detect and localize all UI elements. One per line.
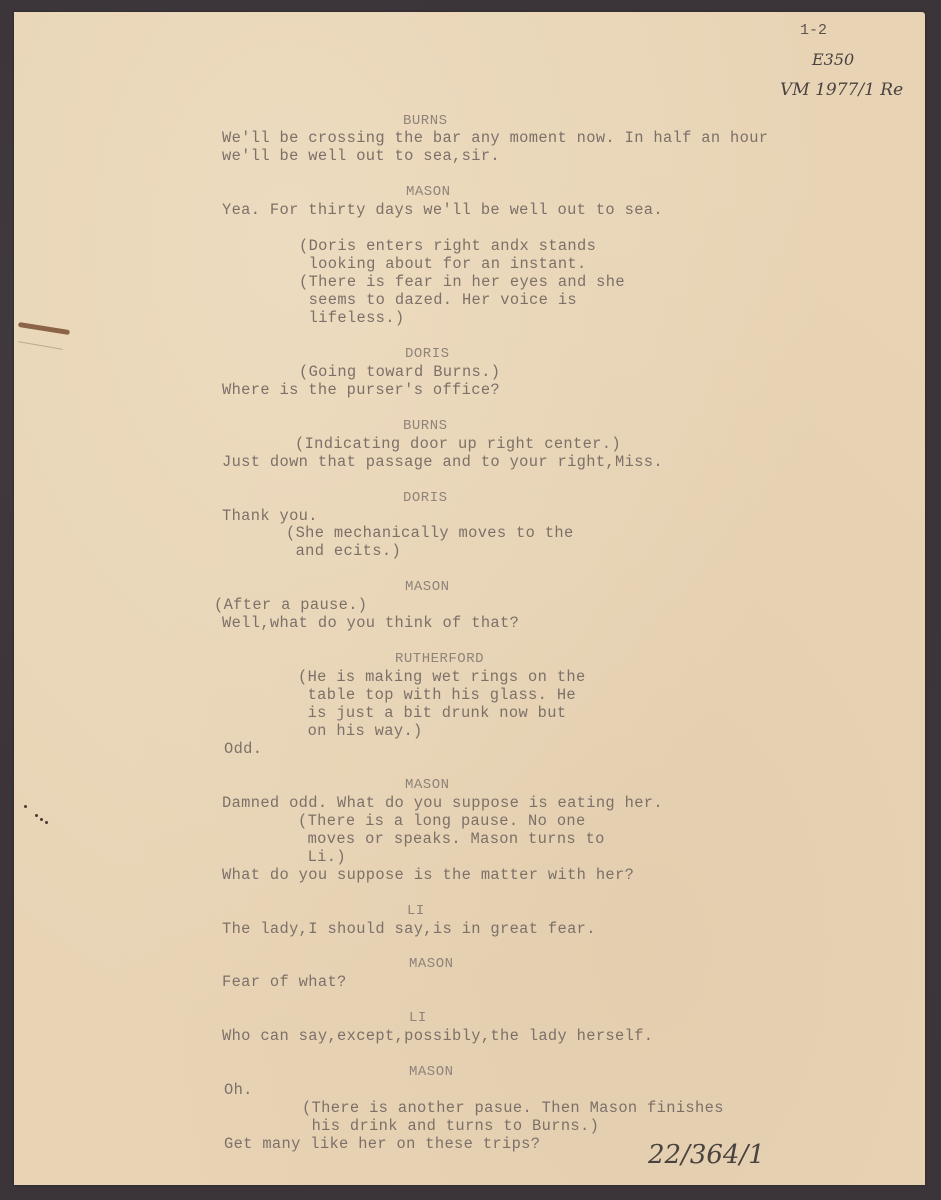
stage-direction: table top with his glass. He: [298, 686, 576, 704]
handwritten-code: E350: [812, 50, 854, 69]
character-name: LI: [407, 902, 425, 920]
dialogue-line: Yea. For thirty days we'll be well out t…: [222, 201, 663, 219]
character-name: DORIS: [403, 489, 448, 507]
page-number: 1-2: [800, 22, 827, 39]
stage-direction: (There is fear in her eyes and she: [299, 273, 625, 291]
dialogue-line: Damned odd. What do you suppose is eatin…: [222, 794, 663, 812]
dialogue-line: What do you suppose is the matter with h…: [222, 866, 634, 884]
character-name: MASON: [405, 776, 450, 794]
character-name: BURNS: [403, 417, 448, 435]
stage-direction: (She mechanically moves to the: [286, 524, 574, 542]
stage-direction: looking about for an instant.: [299, 255, 587, 273]
dialogue-line: We'll be crossing the bar any moment now…: [222, 129, 768, 147]
dialogue-line: Thank you.: [222, 507, 318, 525]
stage-direction: (Indicating door up right center.): [295, 435, 621, 453]
character-name: LI: [409, 1009, 427, 1027]
dialogue-line: Fear of what?: [222, 973, 347, 991]
typescript-page: [14, 12, 925, 1185]
stage-direction: and ecits.): [286, 542, 401, 560]
stage-direction: (He is making wet rings on the: [298, 668, 586, 686]
stage-direction: (After a pause.): [214, 596, 367, 614]
dialogue-line: Where is the purser's office?: [222, 381, 500, 399]
stage-direction: seems to dazed. Her voice is: [299, 291, 577, 309]
handwritten-archive-number: 22/364/1: [648, 1140, 765, 1170]
stage-direction: (There is a long pause. No one: [298, 812, 586, 830]
stage-direction: on his way.): [298, 722, 423, 740]
dialogue-line: Just down that passage and to your right…: [222, 453, 663, 471]
dialogue-line: we'll be well out to sea,sir.: [222, 147, 500, 165]
dialogue-line: Odd.: [224, 740, 262, 758]
character-name: MASON: [409, 1063, 454, 1081]
character-name: BURNS: [403, 112, 448, 130]
stage-direction: his drink and turns to Burns.): [302, 1117, 599, 1135]
stage-direction: (Going toward Burns.): [299, 363, 500, 381]
character-name: DORIS: [405, 345, 450, 363]
stage-direction: Li.): [298, 848, 346, 866]
character-name: MASON: [406, 183, 451, 201]
stage-direction: is just a bit drunk now but: [298, 704, 566, 722]
stage-direction: (There is another pasue. Then Mason fini…: [302, 1099, 724, 1117]
paper-specks: [24, 805, 54, 835]
dialogue-line: Well,what do you think of that?: [222, 614, 519, 632]
character-name: MASON: [409, 955, 454, 973]
dialogue-line: Oh.: [224, 1081, 253, 1099]
stage-direction: lifeless.): [299, 309, 404, 327]
character-name: MASON: [405, 578, 450, 596]
dialogue-line: Get many like her on these trips?: [224, 1135, 540, 1153]
handwritten-reference: VM 1977/1 Re: [780, 80, 903, 100]
dialogue-line: Who can say,except,possibly,the lady her…: [222, 1027, 653, 1045]
stage-direction: (Doris enters right andx stands: [299, 237, 596, 255]
character-name: RUTHERFORD: [395, 650, 484, 668]
dialogue-line: The lady,I should say,is in great fear.: [222, 920, 596, 938]
stage-direction: moves or speaks. Mason turns to: [298, 830, 605, 848]
